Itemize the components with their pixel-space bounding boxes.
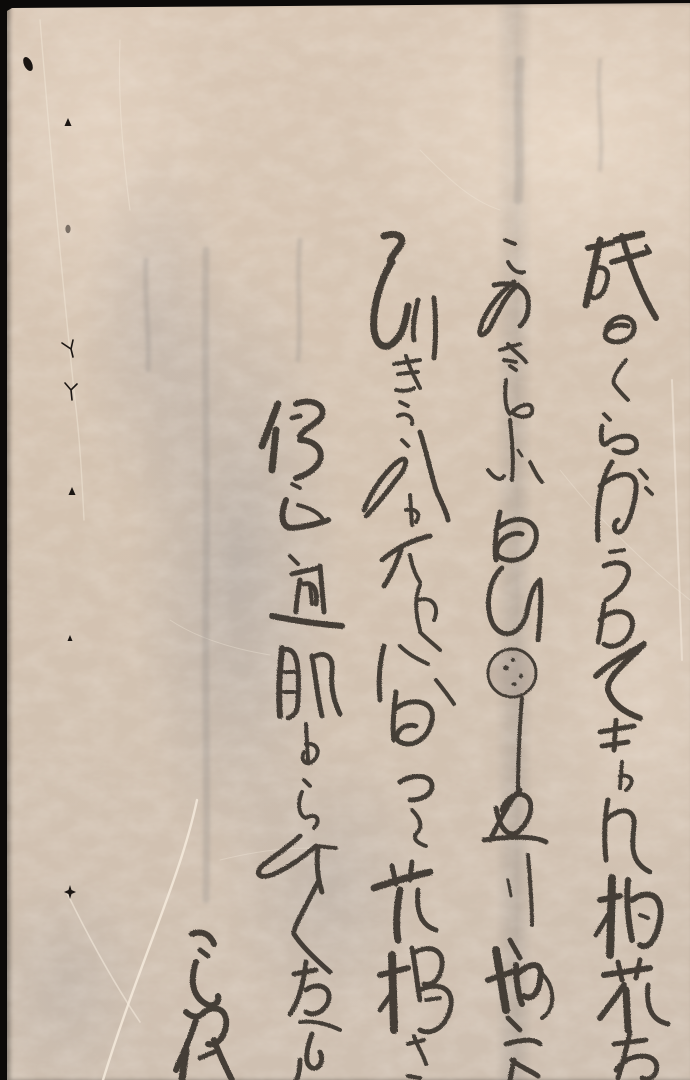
transcription-column-4: 傍正遊眼によらみくちよ (275, 397, 325, 903)
transcription-column-1: 残かくらがうめて出より梅花あ (600, 232, 650, 876)
transcription-column-5: こし行 (180, 930, 230, 1068)
transcription-column-3: う川きえる風よ不色にぬめつゝ花櫻さ (385, 230, 435, 1012)
transcription-layer: 残かくらがうめて出より梅花あ こゝろをさらふかめひぬへし梅を う川きえる風よ不色… (0, 0, 690, 1080)
manuscript-photo: 残かくらがうめて出より梅花あ こゝろをさらふかめひぬへし梅を う川きえる風よ不色… (0, 0, 690, 1080)
transcription-column-2: こゝろをさらふかめひぬへし梅を (490, 236, 540, 926)
